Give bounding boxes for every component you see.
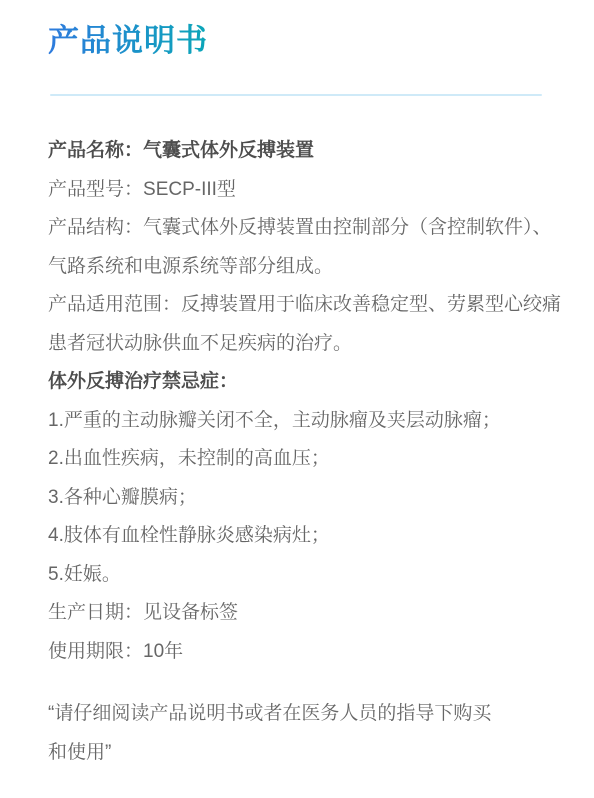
production-date-value: 见设备标签 — [143, 602, 238, 623]
product-scope-line: 产品适用范围：反搏装置用于临床改善稳定型、劳累型心绞痛患者冠状动脉供血不足疾病的… — [48, 286, 562, 363]
contraindication-item: 1.严重的主动脉瓣关闭不全，主动脉瘤及夹层动脉瘤； — [48, 402, 562, 441]
contraindications-heading: 体外反搏治疗禁忌症： — [48, 363, 562, 402]
purchase-notice-text: “请仔细阅读产品说明书或者在医务人员的指导下购买和使用” — [48, 695, 508, 772]
product-name-label: 产品名称： — [48, 140, 143, 161]
title-divider — [50, 94, 542, 96]
product-model-label: 产品型号： — [48, 179, 143, 200]
page-title: 产品说明书 — [48, 20, 208, 62]
product-structure-label: 产品结构： — [48, 217, 143, 238]
product-scope-label: 产品适用范围： — [48, 294, 181, 315]
manual-body: 产品名称：气囊式体外反搏装置 产品型号：SECP-III型 产品结构：气囊式体外… — [48, 132, 562, 671]
contraindication-item: 4.肢体有血栓性静脉炎感染病灶； — [48, 517, 562, 556]
contraindication-item: 3.各种心瓣膜病； — [48, 479, 562, 518]
product-manual-page: 产品说明书 产品名称：气囊式体外反搏装置 产品型号：SECP-III型 产品结构… — [0, 0, 594, 798]
product-structure-line: 产品结构：气囊式体外反搏装置由控制部分（含控制软件）、气路系统和电源系统等部分组… — [48, 209, 562, 286]
production-date-line: 生产日期：见设备标签 — [48, 594, 562, 633]
contraindication-item: 5.妊娠。 — [48, 556, 562, 595]
product-model-line: 产品型号：SECP-III型 — [48, 171, 562, 210]
contraindication-item: 2.出血性疾病，未控制的高血压； — [48, 440, 562, 479]
lifetime-label: 使用期限： — [48, 641, 143, 662]
product-name-value: 气囊式体外反搏装置 — [143, 140, 314, 161]
product-name-line: 产品名称：气囊式体外反搏装置 — [48, 132, 562, 171]
purchase-notice: “请仔细阅读产品说明书或者在医务人员的指导下购买和使用” — [48, 695, 508, 772]
lifetime-value: 10年 — [143, 641, 183, 662]
lifetime-line: 使用期限：10年 — [48, 633, 562, 672]
product-model-value: SECP-III型 — [143, 179, 236, 200]
production-date-label: 生产日期： — [48, 602, 143, 623]
